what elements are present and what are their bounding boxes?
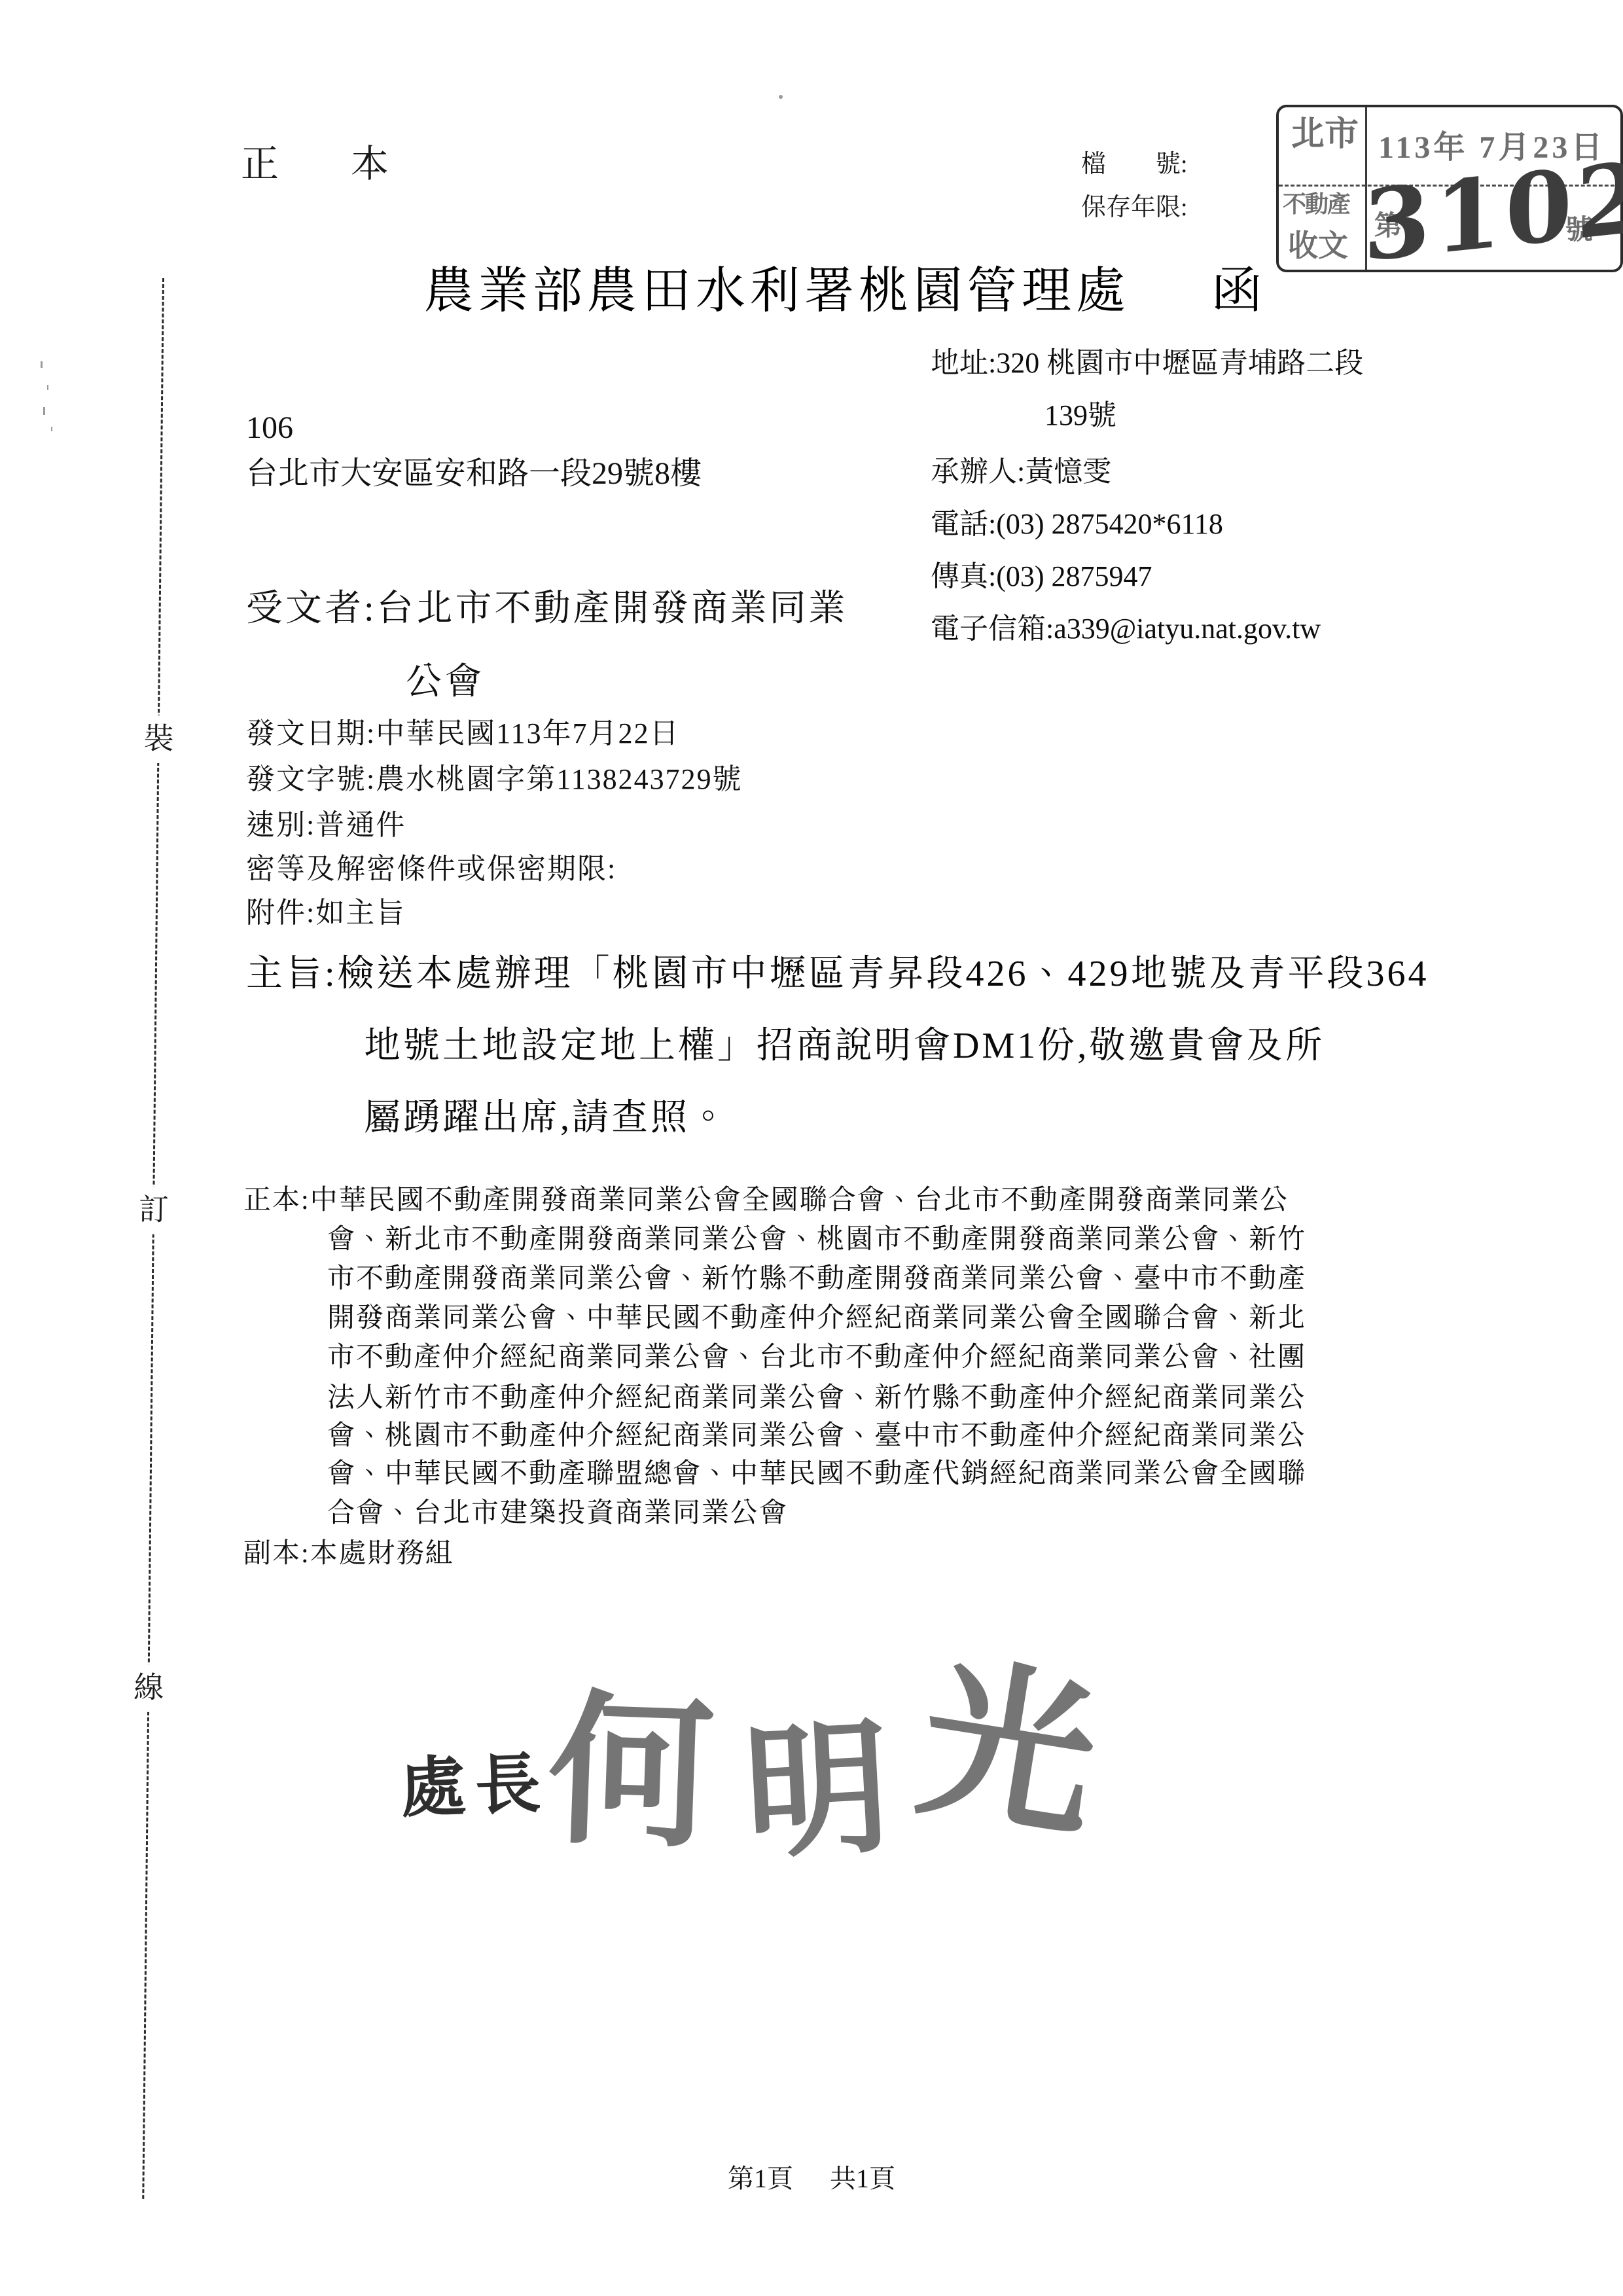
- field-issue-date: 發文日期:中華民國113年7月22日: [246, 717, 680, 751]
- binding-line: 裝 訂 線: [129, 278, 178, 2199]
- distribution-line: 會、新北市不動產開發商業同業公會、桃園市不動產開發商業同業公會、新竹: [327, 1224, 1306, 1255]
- subject-line3: 屬踴躍出席,請查照。: [364, 1097, 729, 1139]
- sender-phone: 電話:(03) 2875420*6118: [931, 508, 1223, 541]
- binding-mark-xian: 線: [132, 1664, 166, 1712]
- distribution-line: 市不動產開發商業同業公會、新竹縣不動產開發商業同業公會、臺中市不動產: [327, 1263, 1306, 1295]
- binding-mark-ding: 訂: [137, 1187, 171, 1234]
- footer-total-pages: 共1頁: [830, 2164, 895, 2193]
- field-doc-number: 發文字號:農水桃園字第1138243729號: [246, 763, 743, 797]
- sender-fax: 傳真:(03) 2875947: [931, 560, 1152, 594]
- recipient-address: 台北市大安區安和路一段29號8樓: [246, 456, 702, 492]
- recipient-name-line2: 公會: [406, 661, 484, 703]
- distribution-line: 會、中華民國不動產聯盟總會、中華民國不動產代銷經紀商業同業公會全國聯: [327, 1458, 1306, 1490]
- distribution-line: 會、桃園市不動產仲介經紀商業同業公會、臺中市不動產仲介經紀商業同業公: [327, 1420, 1306, 1452]
- recipient-postal-code: 106: [246, 410, 293, 446]
- recipient-name-line1: 受文者:台北市不動產開發商業同業: [246, 588, 848, 630]
- distribution-line: 法人新竹市不動產仲介經紀商業同業公會、新竹縣不動產仲介經紀商業同業公: [327, 1382, 1306, 1414]
- copy-type-label: 正 本: [241, 143, 406, 187]
- sender-email: 電子信箱:a339@iatyu.nat.gov.tw: [931, 613, 1321, 646]
- distribution-line: 開發商業同業公會、中華民國不動產仲介經紀商業同業公會全國聯合會、新北: [327, 1302, 1306, 1334]
- sender-address-line1: 地址:320 桃園市中壢區青埔路二段: [931, 347, 1363, 380]
- binding-mark-zhuang: 裝: [142, 715, 175, 763]
- sender-address-line2: 139號: [1044, 399, 1116, 433]
- distribution-line: 正本:中華民國不動產開發商業同業公會全國聯合會、台北市不動產開發商業同業公: [243, 1185, 1289, 1216]
- distribution-line: 市不動產仲介經紀商業同業公會、台北市不動產仲介經紀商業同業公會、社團: [327, 1342, 1306, 1373]
- distribution-line: 合會、台北市建築投資商業同業公會: [327, 1498, 788, 1529]
- binding-dashed-line: [142, 278, 164, 2199]
- retention-period-label: 保存年限:: [1081, 194, 1188, 223]
- agency-title: 農業部農田水利署桃園管理處: [424, 263, 1130, 320]
- footer-page-number: 第1頁: [728, 2164, 793, 2193]
- signature-name-char: 何: [545, 1677, 717, 1872]
- scanned-official-letter: 正 本 檔 號: 保存年限: 北市 不動產 收文 113年 7月23日 第 號 …: [0, 0, 1623, 2296]
- sender-contact-person: 承辦人:黃憶雯: [931, 456, 1111, 489]
- stamp-org-name-top: 北市: [1291, 115, 1359, 154]
- copy-distribution-line: 副本:本處財務組: [243, 1538, 454, 1570]
- signature-name-char: 明: [740, 1706, 894, 1880]
- subject-line2: 地號土地設定地上權」招商說明會DM1份,敬邀貴會及所: [364, 1025, 1325, 1067]
- signature-title: 處長: [399, 1746, 551, 1827]
- subject-line1: 主旨:檢送本處辦理「桃園市中壢區青昇段426、429地號及青平段364: [246, 953, 1429, 995]
- file-number-label: 檔 號:: [1081, 151, 1188, 179]
- stamp-org-name-bottom: 收文: [1288, 229, 1348, 264]
- field-security: 密等及解密條件或保密期限:: [246, 853, 616, 886]
- document-type-label: 函: [1212, 263, 1262, 320]
- signature-name-char: 光: [907, 1640, 1111, 1865]
- field-attachment: 附件:如主旨: [246, 897, 406, 930]
- field-priority: 速別:普通件: [246, 809, 406, 842]
- page-footer: 第1頁共1頁: [0, 2164, 1623, 2194]
- stamp-org-name-middle: 不動產: [1283, 191, 1349, 218]
